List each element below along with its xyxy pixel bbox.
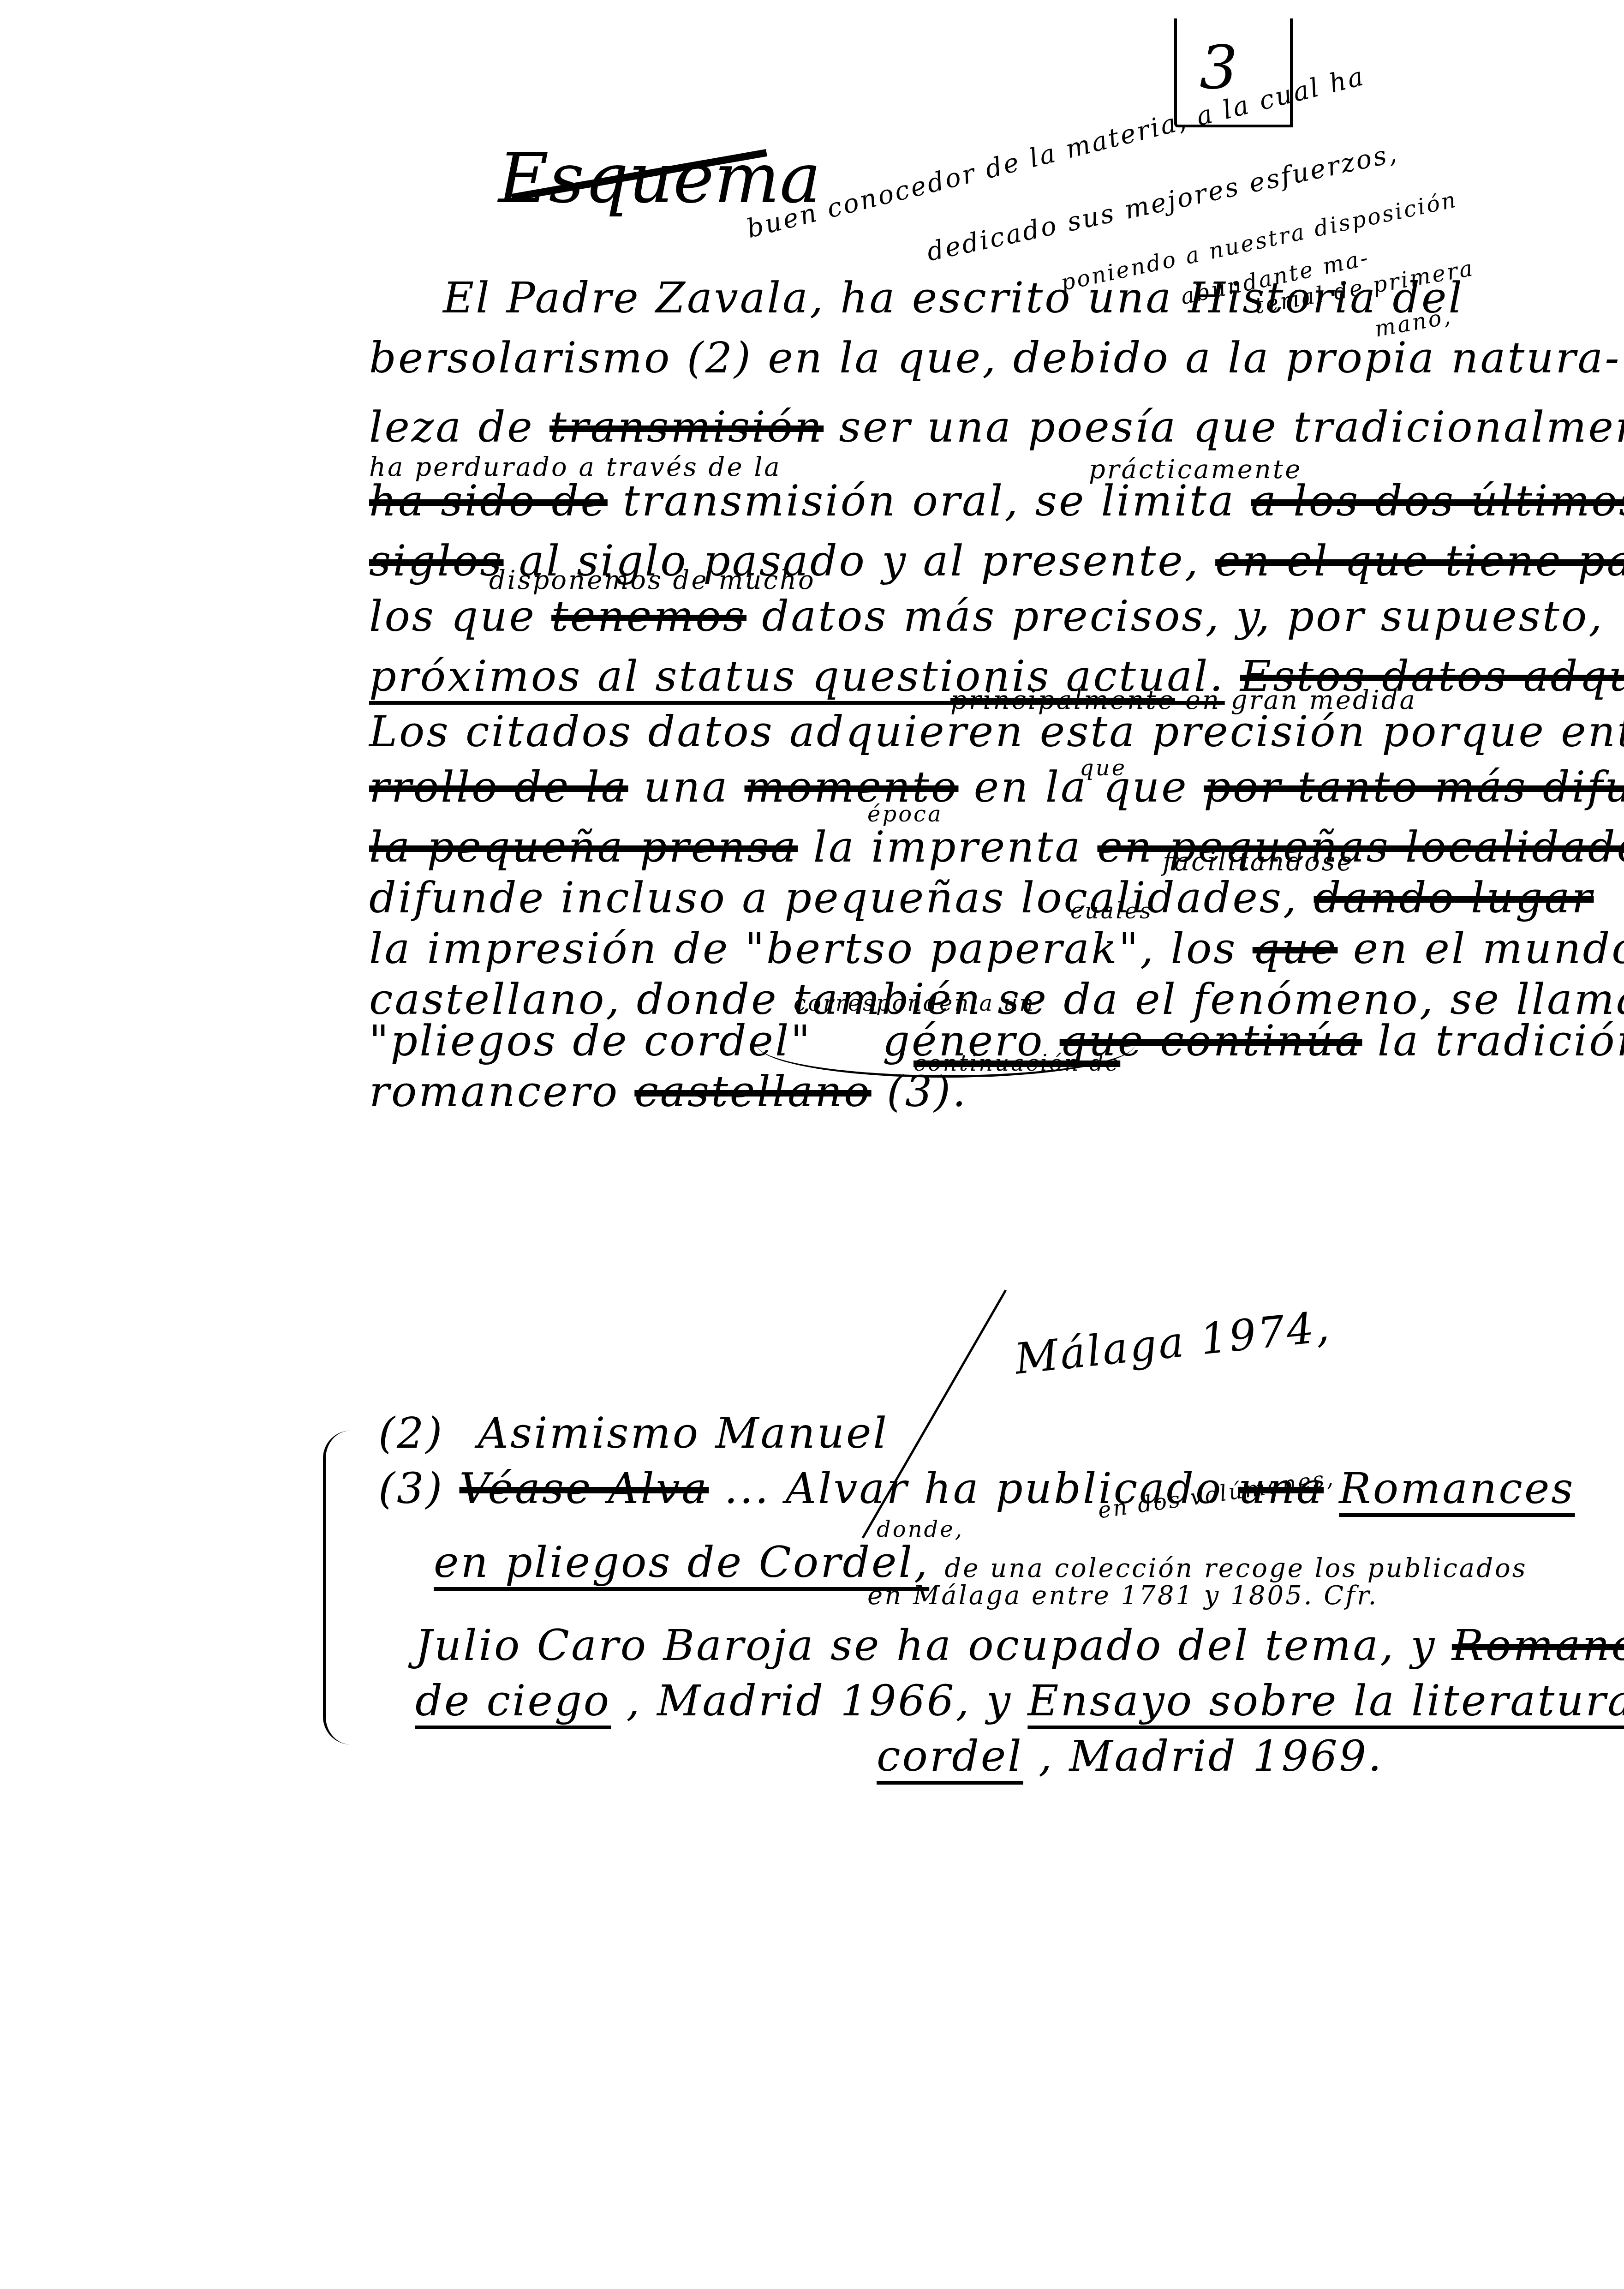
body-line: Los citados datos adquieren esta precisi… <box>369 711 1624 753</box>
footnote-text: , Madrid 1969. <box>1039 1732 1383 1781</box>
place-date-insert: Málaga 1974, <box>1013 1305 1333 1380</box>
body-text: datos más precisos, y, por supuesto, <box>762 592 1604 641</box>
insert-line: donde, <box>877 1518 964 1540</box>
struck-text: por tanto más difusión <box>1204 762 1624 812</box>
body-text: la tradición del <box>1378 1016 1624 1066</box>
body-text: los que <box>369 592 536 641</box>
bracket-mark <box>323 1431 363 1744</box>
body-line: bersolarismo (2) en la que, debido a la … <box>369 337 1621 379</box>
book-title: en pliegos de Cordel, <box>434 1538 929 1587</box>
footnote-marker: (3) <box>378 1464 444 1513</box>
body-line: leza de transmisión ser una poesía que t… <box>369 406 1624 449</box>
body-text: en la que <box>974 762 1188 812</box>
footnote-line: Julio Caro Baroja se ha ocupado del tema… <box>415 1624 1624 1667</box>
struck-text: en el que tiene para <box>1215 536 1624 586</box>
body-text: la imprenta <box>813 822 1082 872</box>
body-line: rrollo de la una momento en la que por t… <box>369 766 1624 809</box>
footnote-line: en Málaga entre 1781 y 1805. Cfr. <box>867 1583 1378 1609</box>
body-text: romancero <box>369 1067 619 1116</box>
struck-text: la pequeña prensa <box>369 822 798 872</box>
body-text: una <box>644 762 729 812</box>
footnote-line: (2) Asimismo Manuel <box>378 1412 889 1455</box>
body-text: Los citados datos adquieren esta precisi… <box>369 707 1624 756</box>
insert-line: cuales <box>1070 900 1153 922</box>
page-title: Esquema <box>498 138 821 219</box>
body-line: El Padre Zavala, ha escrito una Historia… <box>443 277 1464 319</box>
body-text: bersolarismo (2) en la que, debido a la … <box>369 333 1621 383</box>
struck-text: transmisión <box>549 402 824 452</box>
body-line: la impresión de "bertso paperak", los qu… <box>369 928 1624 970</box>
body-line: la pequeña prensa la imprenta en pequeña… <box>369 826 1624 869</box>
struck-text: siglos <box>369 536 504 586</box>
struck-text: castellano <box>634 1067 871 1116</box>
struck-text: ha sido de <box>369 476 608 526</box>
book-title: Romances <box>1339 1464 1575 1513</box>
book-title: de ciego <box>415 1676 611 1726</box>
footnote-text: Asimismo Manuel <box>478 1408 889 1458</box>
body-line: romancero castellano (3). <box>369 1071 967 1113</box>
footnote-line: cordel , Madrid 1969. <box>877 1735 1383 1778</box>
footnote-line: en pliegos de Cordel, de una colección r… <box>434 1541 1528 1584</box>
footnote-text: de una colección recoge los publicados <box>944 1553 1527 1583</box>
body-text: "pliegos de cordel" <box>369 1016 812 1066</box>
page-number: 3 <box>1200 32 1238 102</box>
struck-text: Véase Alva <box>460 1464 709 1513</box>
body-line: ha sido de transmisión oral, se limita a… <box>369 480 1624 522</box>
body-text: en el mundo <box>1353 924 1624 973</box>
footnote-marker: (2) <box>378 1408 444 1458</box>
insert-line: prácticamente <box>1089 457 1302 483</box>
body-text: difunde incluso a pequeñas localidades, <box>369 873 1298 923</box>
footnote-text: , Madrid 1966, y <box>627 1676 1013 1726</box>
footnote-line: (3) Véase Alva ... Alvar ha publicado un… <box>378 1468 1575 1510</box>
insert-line: facilitándose <box>1163 849 1354 875</box>
struck-text: a los dos últimos <box>1251 476 1624 526</box>
struck-text: Romances <box>1452 1621 1624 1670</box>
footnote-ref: (3). <box>887 1067 968 1116</box>
body-line: los que tenemos datos más precisos, y, p… <box>369 595 1604 638</box>
manuscript-page: 3 Esquema buen conocedor de la materia, … <box>0 0 1624 2289</box>
insert-line: época <box>867 803 943 825</box>
book-title: cordel <box>877 1732 1023 1781</box>
struck-text: rrollo de la <box>369 762 628 812</box>
struck-text: que <box>1253 924 1338 973</box>
struck-text: dando lugar <box>1314 873 1594 923</box>
struck-text: tenemos <box>551 592 746 641</box>
body-text: ser una poesía que tradicionalmente <box>839 402 1624 452</box>
body-text: la impresión de "bertso paperak", los <box>369 924 1237 973</box>
footnote-line: de ciego , Madrid 1966, y Ensayo sobre l… <box>415 1680 1624 1722</box>
insert-line: disponemos de mucho <box>489 568 816 593</box>
body-line: difunde incluso a pequeñas localidades, … <box>369 877 1594 919</box>
body-text: leza de <box>369 402 534 452</box>
book-title: Ensayo sobre la literatura de <box>1027 1676 1624 1726</box>
footnote-text: Julio Caro Baroja se ha ocupado del tema… <box>415 1621 1437 1670</box>
